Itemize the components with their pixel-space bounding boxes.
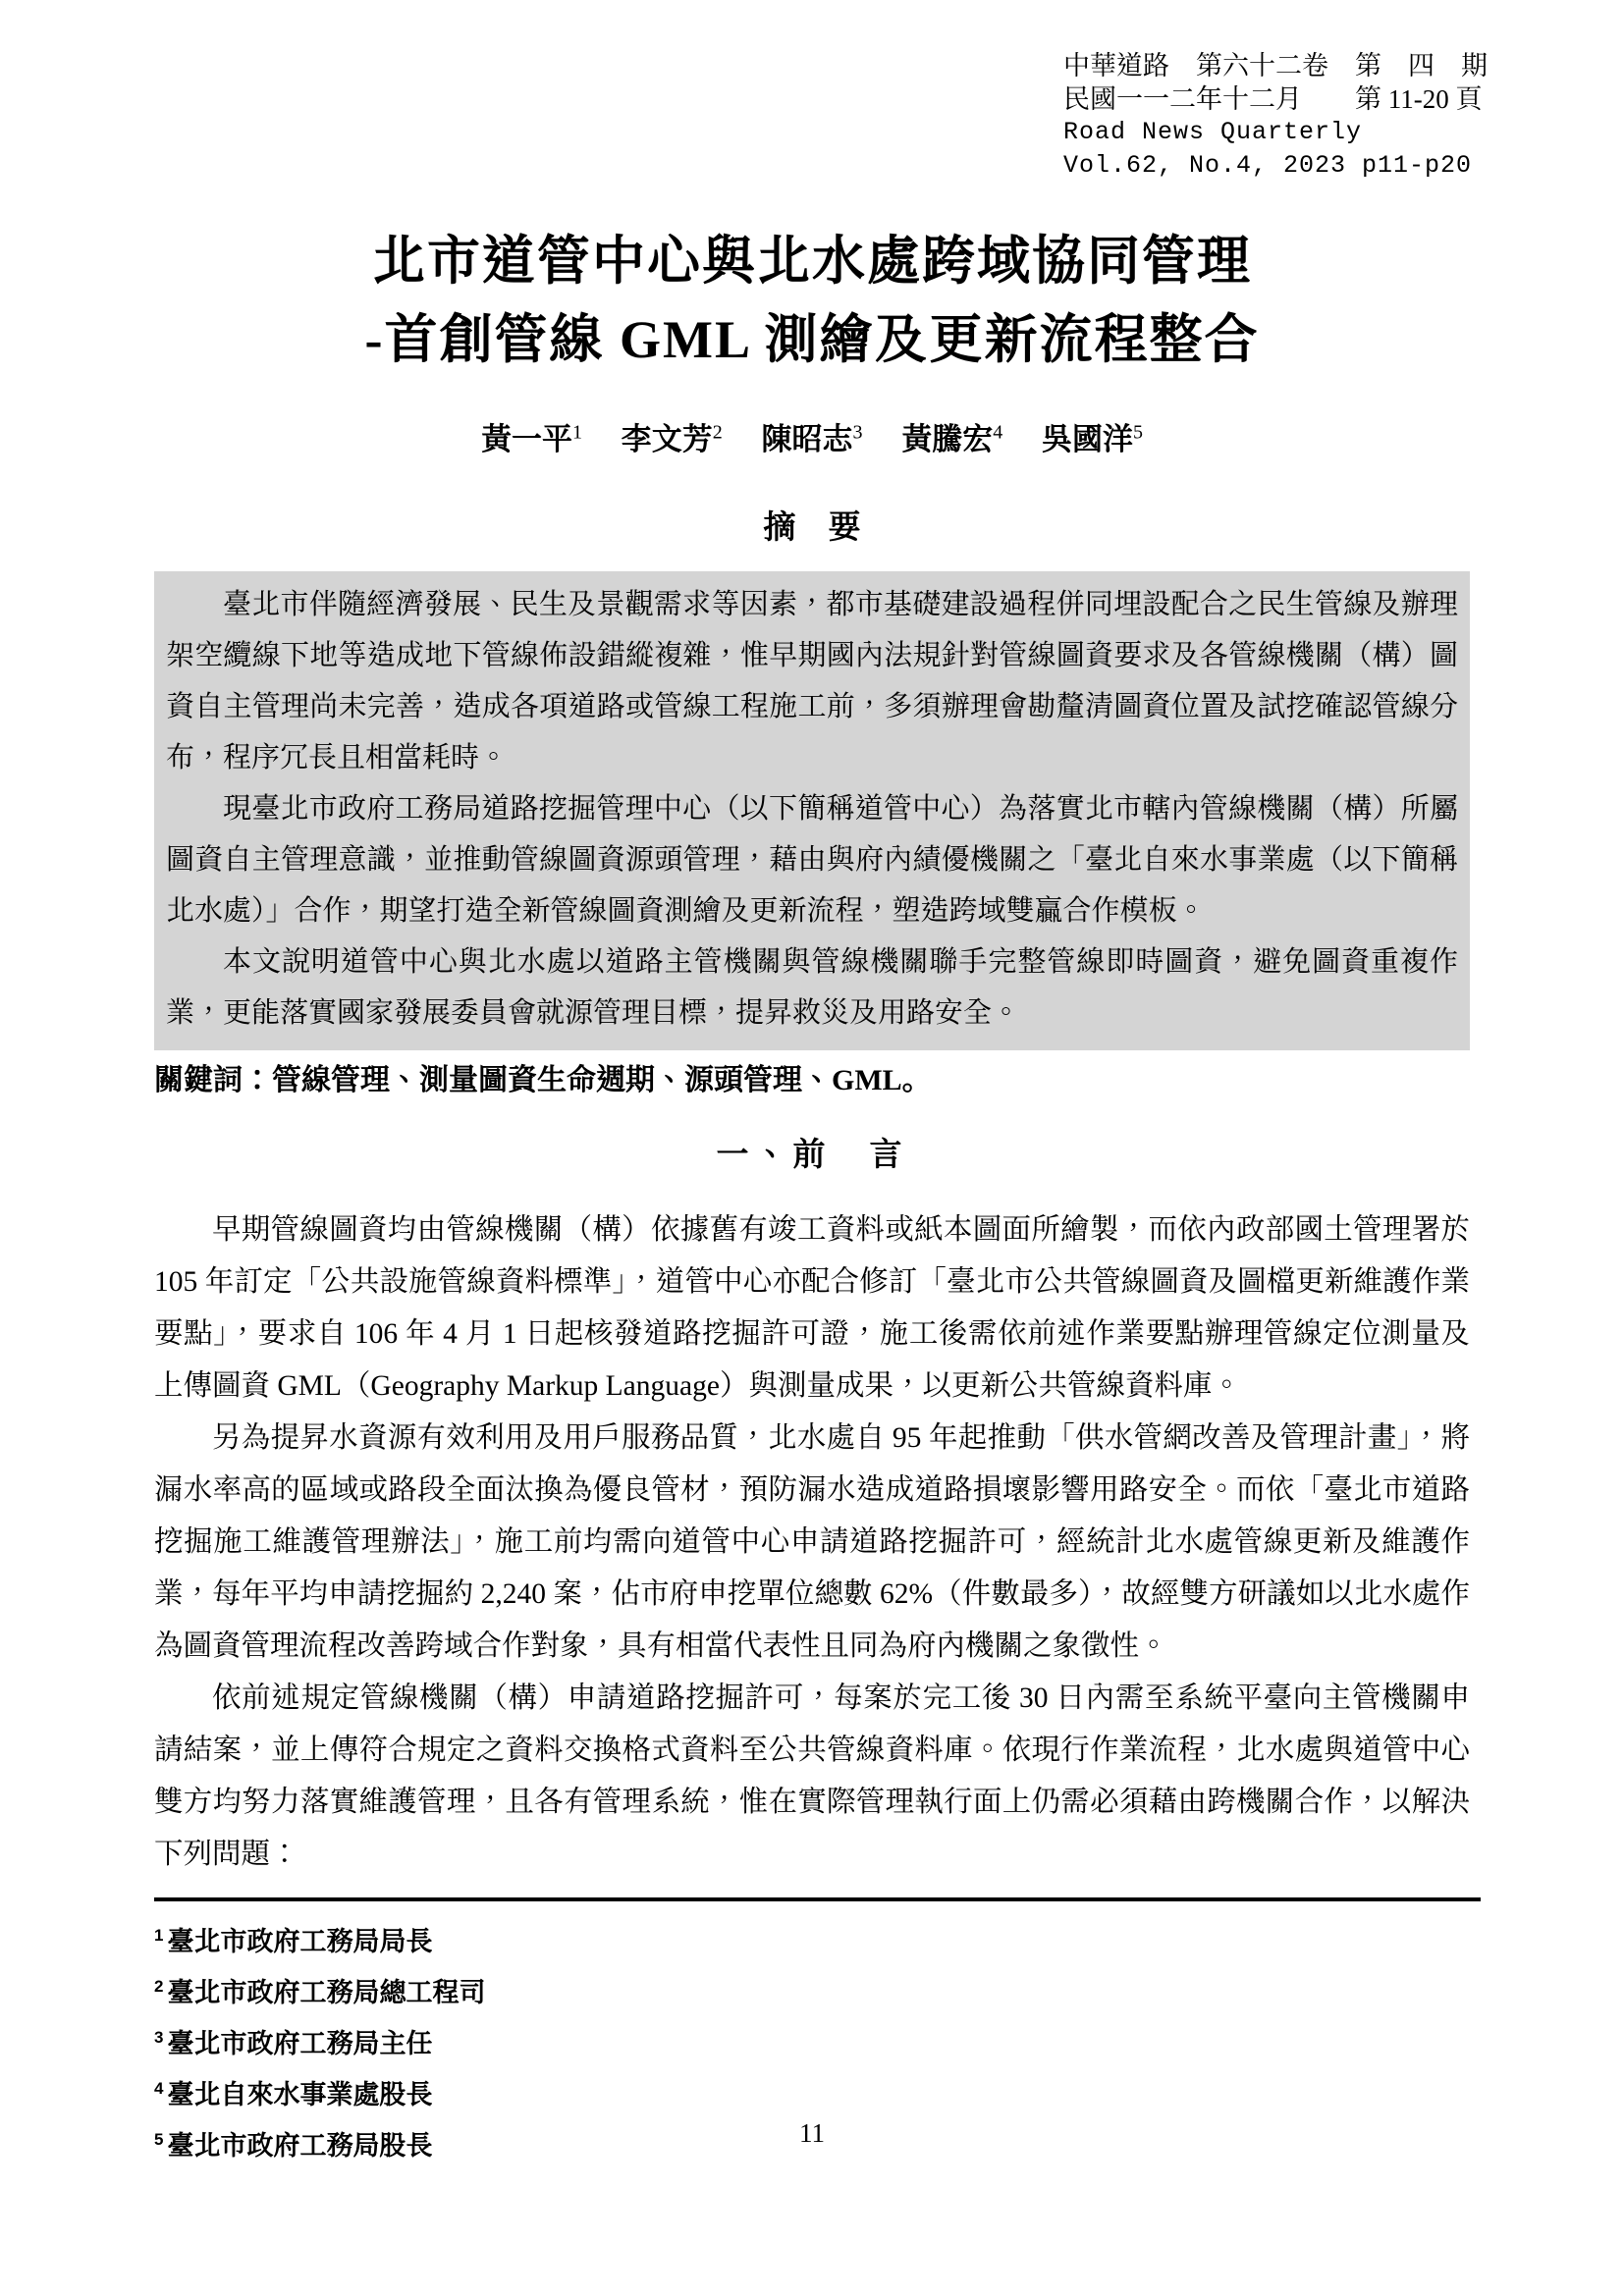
footnote-marker: 4: [154, 2079, 163, 2098]
author: 吳國洋5: [1042, 422, 1143, 456]
abstract-box: 臺北市伴隨經濟發展、民生及景觀需求等因素，都市基礎建設過程併同埋設配合之民生管線…: [154, 571, 1470, 1050]
abstract-heading: 摘 要: [0, 502, 1624, 548]
author-name: 黃騰宏: [901, 422, 993, 456]
journal-header: 中華道路 第六十二卷 第 四 期 民國一一二年十二月 第 11-20 頁 Roa…: [1063, 49, 1488, 183]
footnote-text: 臺北市政府工務局局長: [167, 1927, 432, 1956]
author-affiliation-marker: 4: [993, 422, 1002, 444]
section-1-heading: 一、前 言: [0, 1129, 1624, 1175]
page-number: 11: [0, 2118, 1624, 2149]
abstract-paragraph: 本文說明道管中心與北水處以道路主管機關與管線機關聯手完整管線即時圖資，避免圖資重…: [166, 936, 1458, 1039]
journal-page: 中華道路 第六十二卷 第 四 期 民國一一二年十二月 第 11-20 頁 Roa…: [0, 0, 1624, 2296]
footnote: 4臺北自來水事業處股長: [154, 2066, 1481, 2117]
section-1-body: 早期管線圖資均由管線機關（構）依據舊有竣工資料或紙本圖面所繪製，而依內政部國土管…: [154, 1204, 1470, 1881]
footnote-text: 臺北市政府工務局總工程司: [167, 1978, 485, 2007]
keywords-label: 關鍵詞：: [154, 1064, 272, 1096]
body-paragraph: 依前述規定管線機關（構）申請道路挖掘許可，每案於完工後 30 日內需至系統平臺向…: [154, 1673, 1470, 1881]
footnote: 2臺北市政府工務局總工程司: [154, 1964, 1481, 2015]
journal-header-english-volume: Vol.62, No.4, 2023 p11-p20: [1063, 149, 1488, 183]
author-affiliation-marker: 3: [853, 422, 863, 444]
author: 陳昭志3: [762, 422, 863, 456]
footnote: 1臺北市政府工務局局長: [154, 1913, 1481, 1964]
author: 黃一平1: [481, 422, 582, 456]
footnote-marker: 2: [154, 1977, 163, 1996]
author-name: 黃一平: [481, 422, 572, 456]
author: 黃騰宏4: [901, 422, 1002, 456]
body-paragraph: 另為提昇水資源有效利用及用戶服務品質，北水處自 95 年起推動「供水管網改善及管…: [154, 1413, 1470, 1673]
footnote-text: 臺北自來水事業處股長: [167, 2080, 432, 2109]
author-name: 李文芳: [622, 422, 713, 456]
article-title-line1: 北市道管中心與北水處跨域協同管理: [0, 222, 1624, 300]
body-paragraph: 早期管線圖資均由管線機關（構）依據舊有竣工資料或紙本圖面所繪製，而依內政部國土管…: [154, 1204, 1470, 1413]
author-list: 黃一平1 李文芳2 陳昭志3 黃騰宏4 吳國洋5: [0, 414, 1624, 458]
keywords-text: 管線管理、測量圖資生命週期、源頭管理、GML。: [272, 1064, 932, 1096]
footnote-text: 臺北市政府工務局主任: [167, 2029, 432, 2058]
author-name: 吳國洋: [1042, 422, 1133, 456]
author: 李文芳2: [622, 422, 723, 456]
author-affiliation-marker: 2: [713, 422, 723, 444]
abstract-paragraph: 臺北市伴隨經濟發展、民生及景觀需求等因素，都市基礎建設過程併同埋設配合之民生管線…: [166, 579, 1458, 783]
footnote-marker: 1: [154, 1926, 163, 1945]
keywords-line: 關鍵詞：管線管理、測量圖資生命週期、源頭管理、GML。: [154, 1060, 1470, 1101]
footnote: 3臺北市政府工務局主任: [154, 2015, 1481, 2066]
footnote-marker: 3: [154, 2028, 163, 2047]
author-affiliation-marker: 1: [572, 422, 582, 444]
author-affiliation-marker: 5: [1133, 422, 1143, 444]
journal-header-english-name: Road News Quarterly: [1063, 116, 1488, 149]
author-name: 陳昭志: [762, 422, 853, 456]
article-title-line2: -首創管線 GML 測繪及更新流程整合: [0, 300, 1624, 379]
journal-header-date-pages-line: 民國一一二年十二月 第 11-20 頁: [1063, 82, 1488, 116]
abstract-paragraph: 現臺北市政府工務局道路挖掘管理中心（以下簡稱道管中心）為落實北市轄內管線機關（構…: [166, 783, 1458, 936]
journal-header-volume-line: 中華道路 第六十二卷 第 四 期: [1063, 49, 1488, 82]
